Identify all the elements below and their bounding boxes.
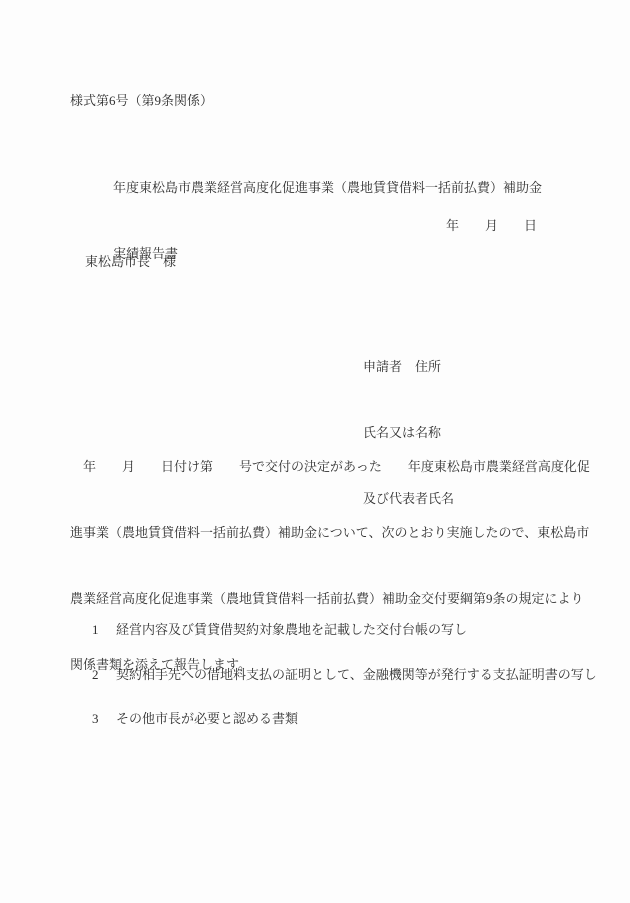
body-paragraph-line: 年 月 日付け第 号で交付の決定があった 年度東松島市農業経営高度化促 (70, 456, 590, 478)
form-number: 様式第6号（第9条関係） (70, 90, 213, 112)
attachment-text: 契約相手先への借地料支払の証明として、金融機関等が発行する支払証明書の写し (116, 667, 597, 682)
addressee: 東松島市長 様 (85, 251, 176, 273)
document-page: 様式第6号（第9条関係） 年度東松島市農業経営高度化促進事業（農地賃貸借料一括前… (0, 0, 630, 903)
attachment-text: その他市長が必要と認める書類 (116, 711, 298, 726)
attachment-text: 経営内容及び賃貸借契約対象農地を記載した交付台帳の写し (116, 622, 467, 637)
document-title-line1: 年度東松島市農業経営高度化促進事業（農地賃貸借料一括前払費）補助金 (113, 177, 542, 199)
applicant-address-line: 申請者 住所 (363, 356, 454, 378)
attachment-number: 1 (92, 619, 100, 641)
date-blank-line: 年 月 日 (446, 215, 537, 237)
attachment-number: 3 (92, 708, 100, 730)
attachment-item: 3その他市長が必要と認める書類 (79, 686, 298, 752)
document-title-line2: 実績報告書 (113, 243, 542, 265)
attachment-number: 2 (92, 664, 100, 686)
body-paragraph-line: 進事業（農地賃貸借料一括前払費）補助金について、次のとおり実施したので、東松島市 (70, 522, 590, 544)
